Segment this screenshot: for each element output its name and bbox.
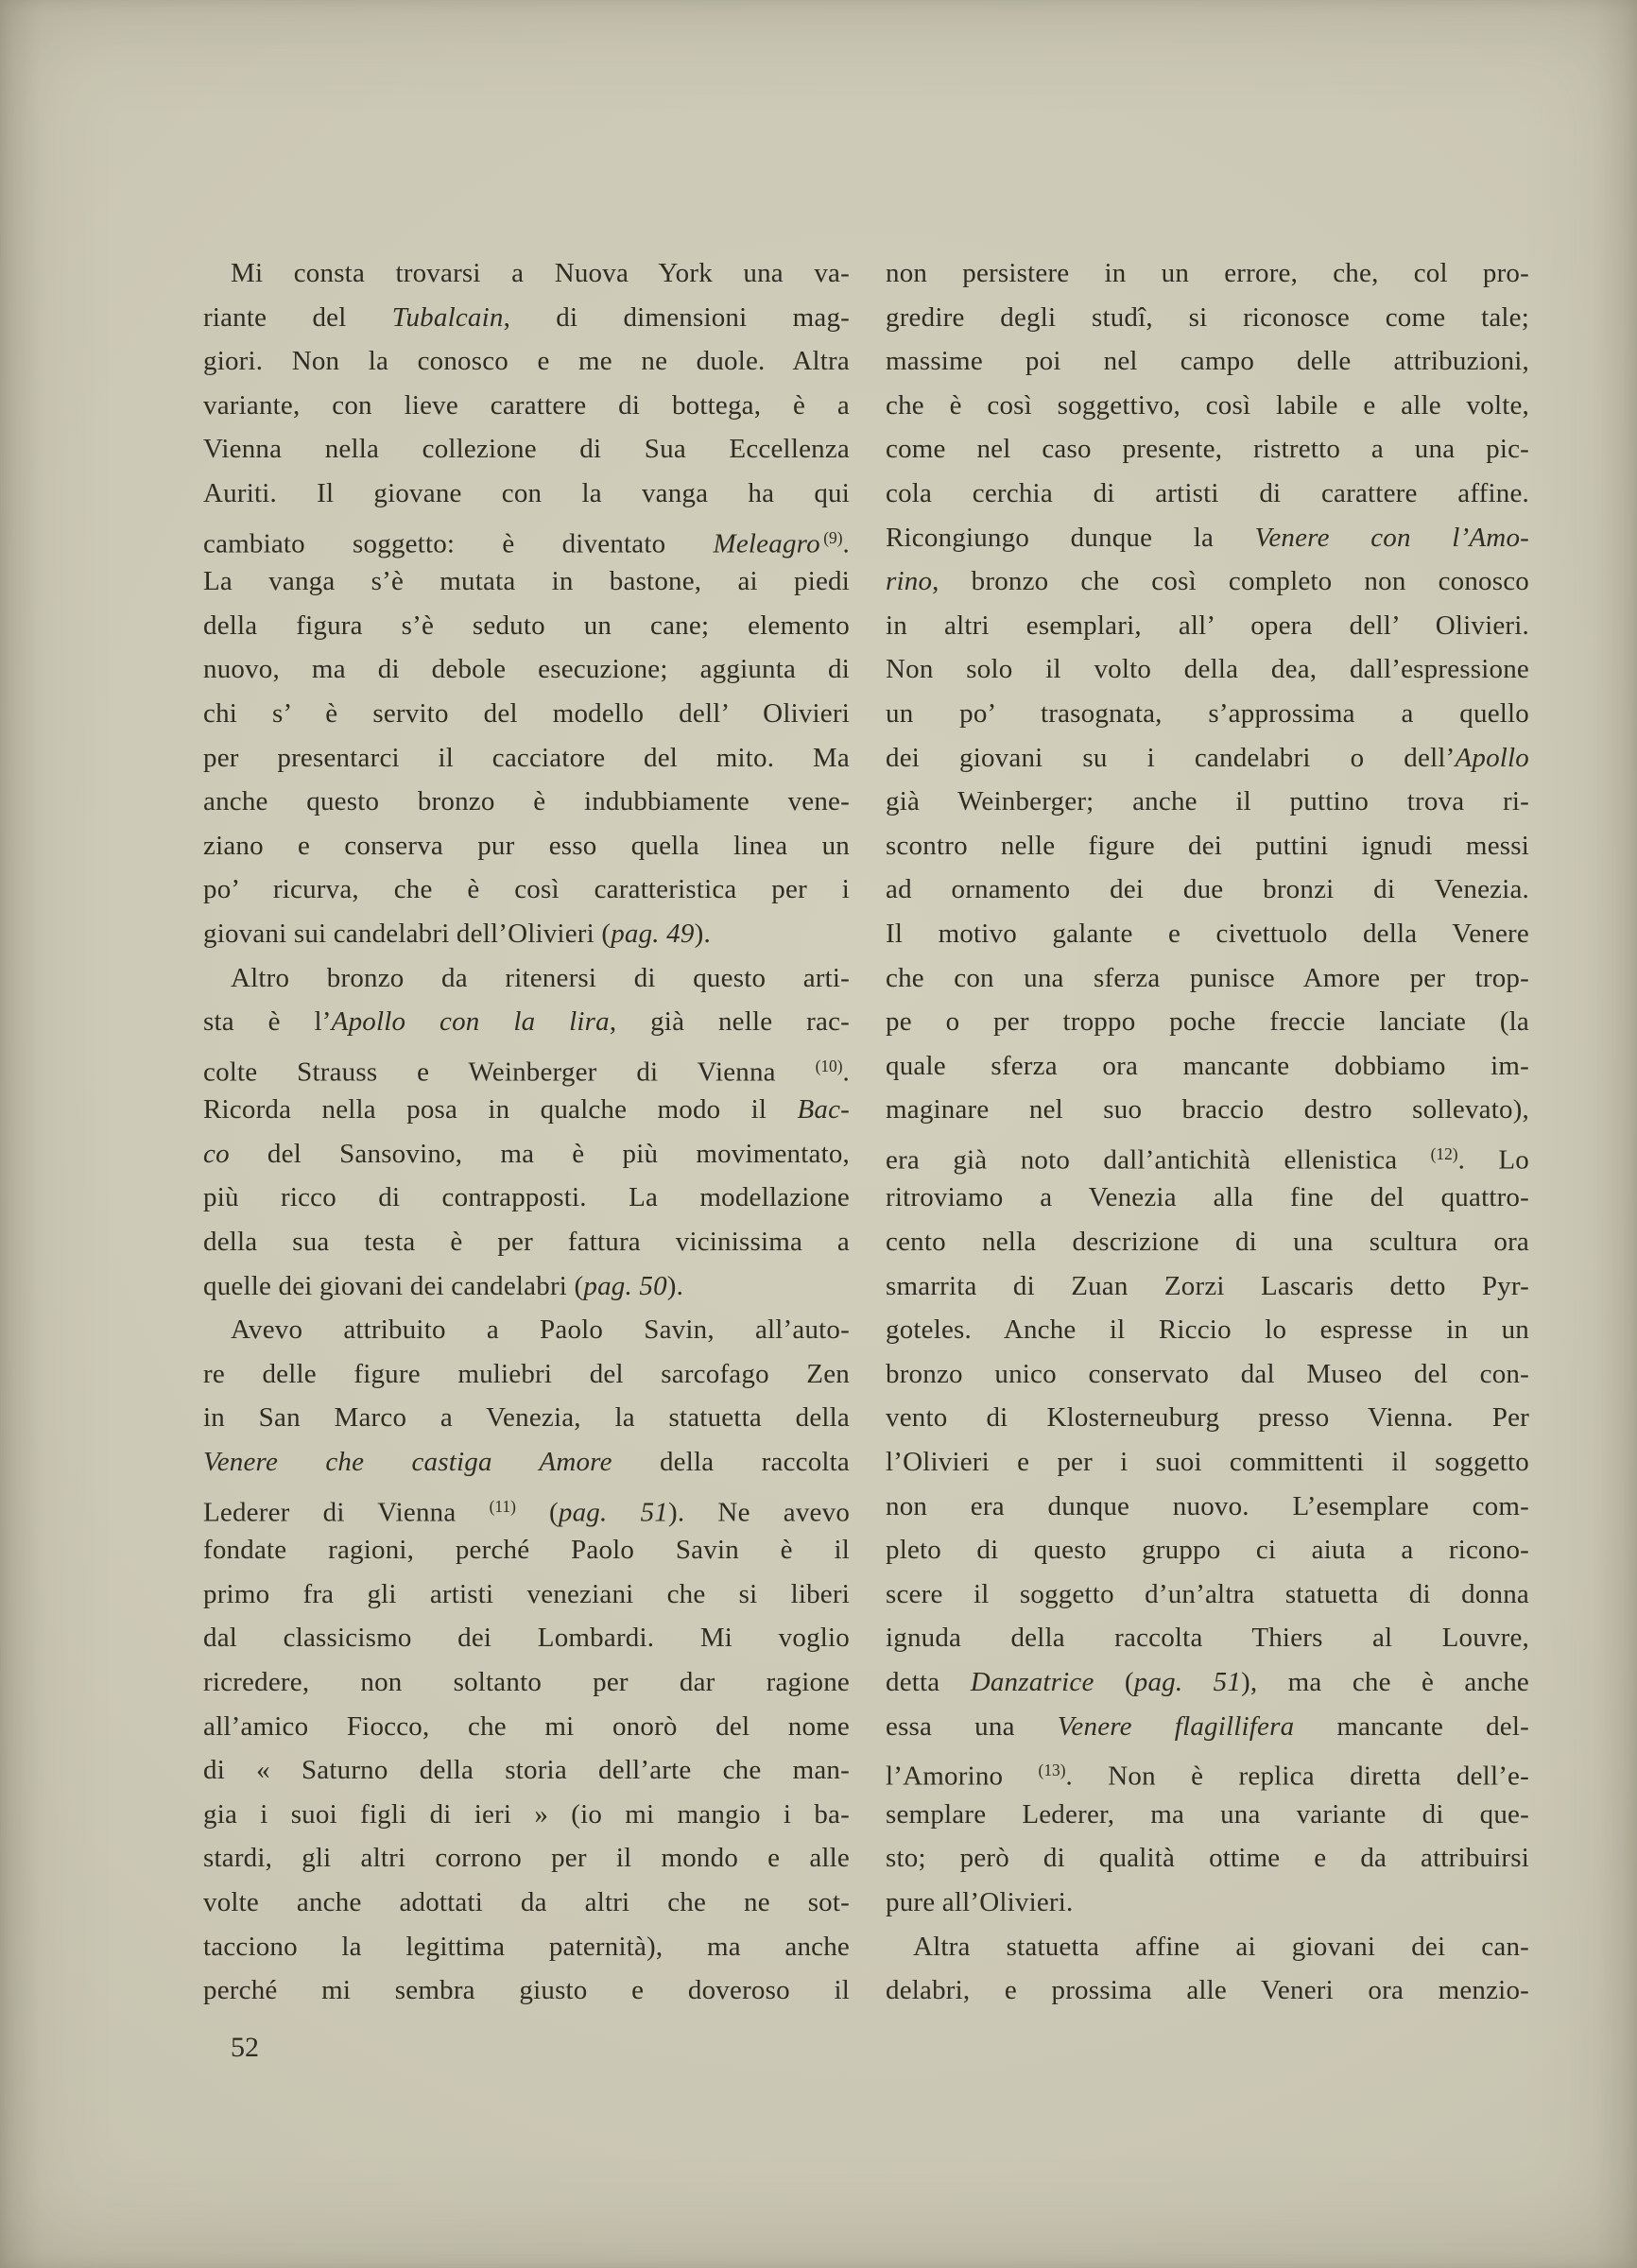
text-line: pleto di questo gruppo ci aiuta a ricono…: [886, 1528, 1529, 1572]
text-line: detta Danzatrice (pag. 51), ma che è anc…: [886, 1660, 1529, 1705]
text-line: ad ornamento dei due bronzi di Venezia.: [886, 868, 1529, 912]
text-line: co del Sansovino, ma è più movimentato,: [203, 1132, 850, 1177]
text-line: gia i suoi figli di ieri » (io mi mangio…: [203, 1793, 850, 1837]
text-line: perché mi sembra giusto e doveroso il: [203, 1968, 850, 2013]
text-line: bronzo unico conservato dal Museo del co…: [886, 1352, 1529, 1397]
text-line: goteles. Anche il Riccio lo espresse in …: [886, 1308, 1529, 1352]
text-line: Ricorda nella posa in qualche modo il Ba…: [203, 1088, 850, 1132]
text-line: era già noto dall’antichità ellenistica …: [886, 1132, 1529, 1177]
text-line: più ricco di contrapposti. La modellazio…: [203, 1176, 850, 1220]
text-line: po’ ricurva, che è così caratteristica p…: [203, 868, 850, 912]
text-line: ziano e conserva pur esso quella linea u…: [203, 824, 850, 868]
text-line: non persistere in un errore, che, col pr…: [886, 251, 1529, 296]
text-line: pe o per troppo poche freccie lanciate (…: [886, 1000, 1529, 1044]
text-line: re delle figure muliebri del sarcofago Z…: [203, 1352, 850, 1397]
right-text-column: non persistere in un errore, che, col pr…: [886, 251, 1529, 2013]
text-line: cambiato soggetto: è diventato Meleagro …: [203, 516, 850, 560]
text-line: stardi, gli altri corrono per il mondo e…: [203, 1836, 850, 1881]
text-line: come nel caso presente, ristretto a una …: [886, 427, 1529, 472]
text-line: per presentarci il cacciatore del mito. …: [203, 736, 850, 781]
text-line: quelle dei giovani dei candelabri (pag. …: [203, 1264, 850, 1309]
text-line: scere il soggetto d’un’altra statuetta d…: [886, 1572, 1529, 1617]
text-line: rino, bronzo che così completo non conos…: [886, 559, 1529, 604]
text-line: della sua testa è per fattura vicinissim…: [203, 1220, 850, 1264]
text-line: essa una Venere flagillifera mancante de…: [886, 1705, 1529, 1749]
text-line: pure all’Olivieri.: [886, 1881, 1529, 1925]
text-line: gredire degli studî, si riconosce come t…: [886, 296, 1529, 340]
text-line: dal classicismo dei Lombardi. Mi voglio: [203, 1616, 850, 1660]
left-text-column: Mi consta trovarsi a Nuova York una va-r…: [203, 251, 850, 2013]
text-line: Ricongiungo dunque la Venere con l’Amo-: [886, 516, 1529, 560]
text-line: massime poi nel campo delle attribuzioni…: [886, 339, 1529, 384]
text-line: cola cerchia di artisti di carattere aff…: [886, 472, 1529, 516]
text-line: un po’ trasognata, s’approssima a quello: [886, 692, 1529, 736]
text-line: sta è l’Apollo con la lira, già nelle ra…: [203, 1000, 850, 1044]
text-line: delabri, e prossima alle Veneri ora menz…: [886, 1968, 1529, 2013]
text-line: vento di Klosterneuburg presso Vienna. P…: [886, 1396, 1529, 1440]
scanned-book-page: Mi consta trovarsi a Nuova York una va-r…: [0, 0, 1637, 2268]
text-line: variante, con lieve carattere di bottega…: [203, 384, 850, 428]
text-line: semplare Lederer, ma una variante di que…: [886, 1793, 1529, 1837]
text-line: quale sferza ora mancante dobbiamo im-: [886, 1044, 1529, 1089]
text-line: dei giovani su i candelabri o dell’Apoll…: [886, 736, 1529, 781]
text-line: anche questo bronzo è indubbiamente vene…: [203, 780, 850, 824]
text-line: riante del Tubalcain, di dimensioni mag-: [203, 296, 850, 340]
text-line: l’Amorino (13). Non è replica diretta de…: [886, 1748, 1529, 1793]
text-line: Mi consta trovarsi a Nuova York una va-: [203, 251, 850, 296]
page-number: 52: [231, 2026, 259, 2070]
text-line: di « Saturno della storia dell’arte che …: [203, 1748, 850, 1793]
text-line: sto; però di qualità ottime e da attribu…: [886, 1836, 1529, 1881]
text-line: Venere che castiga Amore della raccolta: [203, 1440, 850, 1485]
text-line: nuovo, ma di debole esecuzione; aggiunta…: [203, 647, 850, 692]
text-line: colte Strauss e Weinberger di Vienna (10…: [203, 1044, 850, 1089]
text-line: Auriti. Il giovane con la vanga ha qui: [203, 472, 850, 516]
text-line: che con una sferza punisce Amore per tro…: [886, 956, 1529, 1001]
text-line: Il motivo galante e civettuolo della Ven…: [886, 912, 1529, 956]
text-line: in altri esemplari, all’ opera dell’ Oli…: [886, 604, 1529, 648]
text-line: l’Olivieri e per i suoi committenti il s…: [886, 1440, 1529, 1485]
text-line: Lederer di Vienna (11) (pag. 51). Ne ave…: [203, 1485, 850, 1529]
text-line: primo fra gli artisti veneziani che si l…: [203, 1572, 850, 1617]
text-line: ricredere, non soltanto per dar ragione: [203, 1660, 850, 1705]
text-line: tacciono la legittima paternità), ma anc…: [203, 1925, 850, 1969]
text-line: smarrita di Zuan Zorzi Lascaris detto Py…: [886, 1264, 1529, 1309]
text-line: Vienna nella collezione di Sua Eccellenz…: [203, 427, 850, 472]
text-line: maginare nel suo braccio destro sollevat…: [886, 1088, 1529, 1132]
text-line: Avevo attribuito a Paolo Savin, all’auto…: [203, 1308, 850, 1352]
text-line: fondate ragioni, perché Paolo Savin è il: [203, 1528, 850, 1572]
text-line: Non solo il volto della dea, dall’espres…: [886, 647, 1529, 692]
text-line: della figura s’è seduto un cane; element…: [203, 604, 850, 648]
text-line: Altro bronzo da ritenersi di questo arti…: [203, 956, 850, 1001]
text-line: non era dunque nuovo. L’esemplare com-: [886, 1485, 1529, 1529]
text-line: scontro nelle figure dei puttini ignudi …: [886, 824, 1529, 868]
text-line: chi s’ è servito del modello dell’ Olivi…: [203, 692, 850, 736]
text-line: giori. Non la conosco e me ne duole. Alt…: [203, 339, 850, 384]
text-line: ritroviamo a Venezia alla fine del quatt…: [886, 1176, 1529, 1220]
text-line: La vanga s’è mutata in bastone, ai piedi: [203, 559, 850, 604]
text-line: cento nella descrizione di una scultura …: [886, 1220, 1529, 1264]
text-line: ignuda della raccolta Thiers al Louvre,: [886, 1616, 1529, 1660]
text-line: in San Marco a Venezia, la statuetta del…: [203, 1396, 850, 1440]
text-line: all’amico Fiocco, che mi onorò del nome: [203, 1705, 850, 1749]
text-line: volte anche adottati da altri che ne sot…: [203, 1881, 850, 1925]
text-line: già Weinberger; anche il puttino trova r…: [886, 780, 1529, 824]
text-line: giovani sui candelabri dell’Olivieri (pa…: [203, 912, 850, 956]
text-line: che è così soggettivo, così labile e all…: [886, 384, 1529, 428]
text-line: Altra statuetta affine ai giovani dei ca…: [886, 1925, 1529, 1969]
